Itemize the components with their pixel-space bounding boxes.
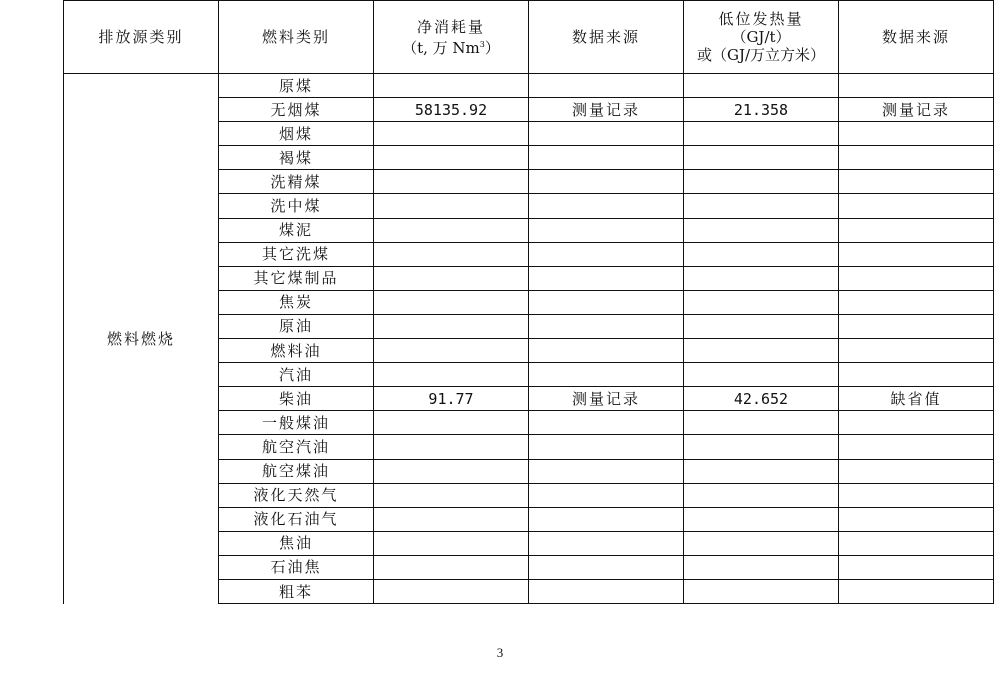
data-source-2-cell — [839, 74, 994, 98]
data-source-1-cell — [529, 314, 684, 338]
net-consumption-cell — [374, 122, 529, 146]
data-source-2-cell — [839, 363, 994, 387]
table-body: 燃料燃烧原煤无烟煤58135.92测量记录21.358测量记录烟煤褐煤洗精煤洗中… — [64, 74, 994, 604]
data-source-2-cell — [839, 507, 994, 531]
data-source-1-cell — [529, 411, 684, 435]
fuel-type-cell: 焦油 — [219, 531, 374, 555]
net-consumption-cell — [374, 435, 529, 459]
data-source-1-cell — [529, 74, 684, 98]
header-net-consumption: 净消耗量 （t, 万 Nm3） — [374, 1, 529, 74]
data-source-2-cell — [839, 314, 994, 338]
net-consumption-cell — [374, 170, 529, 194]
ncv-cell — [684, 339, 839, 363]
net-consumption-cell — [374, 266, 529, 290]
data-source-1-cell — [529, 579, 684, 603]
data-source-2-cell: 测量记录 — [839, 98, 994, 122]
ncv-cell: 21.358 — [684, 98, 839, 122]
header-net-consumption-title: 净消耗量 — [374, 18, 528, 36]
data-source-1-cell — [529, 483, 684, 507]
net-consumption-cell — [374, 483, 529, 507]
fuel-type-cell: 汽油 — [219, 363, 374, 387]
ncv-cell — [684, 74, 839, 98]
header-source-category: 排放源类别 — [64, 1, 219, 74]
ncv-cell — [684, 122, 839, 146]
header-ncv-unit1: （GJ/t） — [684, 28, 838, 46]
fuel-type-cell: 燃料油 — [219, 339, 374, 363]
fuel-type-cell: 洗精煤 — [219, 170, 374, 194]
data-source-1-cell: 测量记录 — [529, 98, 684, 122]
net-consumption-cell — [374, 459, 529, 483]
ncv-cell — [684, 314, 839, 338]
header-ncv-title: 低位发热量 — [684, 10, 838, 28]
data-source-2-cell — [839, 339, 994, 363]
ncv-cell — [684, 531, 839, 555]
net-consumption-cell — [374, 531, 529, 555]
data-source-1-cell — [529, 507, 684, 531]
net-consumption-cell: 58135.92 — [374, 98, 529, 122]
fuel-type-cell: 原煤 — [219, 74, 374, 98]
net-consumption-cell — [374, 194, 529, 218]
net-consumption-cell — [374, 242, 529, 266]
fuel-type-cell: 洗中煤 — [219, 194, 374, 218]
fuel-type-cell: 烟煤 — [219, 122, 374, 146]
data-source-2-cell — [839, 555, 994, 579]
net-consumption-cell — [374, 218, 529, 242]
net-consumption-cell — [374, 579, 529, 603]
data-source-1-cell: 测量记录 — [529, 387, 684, 411]
fuel-type-cell: 粗苯 — [219, 579, 374, 603]
data-source-2-cell — [839, 122, 994, 146]
header-fuel-type: 燃料类别 — [219, 1, 374, 74]
data-source-1-cell — [529, 170, 684, 194]
data-source-1-cell — [529, 146, 684, 170]
fuel-type-cell: 航空煤油 — [219, 459, 374, 483]
ncv-cell — [684, 411, 839, 435]
fuel-type-cell: 焦炭 — [219, 290, 374, 314]
data-source-2-cell — [839, 411, 994, 435]
ncv-cell: 42.652 — [684, 387, 839, 411]
data-source-2-cell: 缺省值 — [839, 387, 994, 411]
data-source-2-cell — [839, 531, 994, 555]
fuel-type-cell: 液化天然气 — [219, 483, 374, 507]
data-source-1-cell — [529, 242, 684, 266]
ncv-cell — [684, 146, 839, 170]
data-source-1-cell — [529, 194, 684, 218]
fuel-type-cell: 航空汽油 — [219, 435, 374, 459]
data-source-2-cell — [839, 435, 994, 459]
data-source-2-cell — [839, 266, 994, 290]
fuel-type-cell: 石油焦 — [219, 555, 374, 579]
page-number: 3 — [0, 645, 1000, 661]
header-row: 排放源类别 燃料类别 净消耗量 （t, 万 Nm3） 数据来源 低位发热量 （G… — [64, 1, 994, 74]
ncv-cell — [684, 435, 839, 459]
ncv-cell — [684, 579, 839, 603]
header-ncv: 低位发热量 （GJ/t） 或（GJ/万立方米） — [684, 1, 839, 74]
net-consumption-cell — [374, 363, 529, 387]
net-consumption-cell — [374, 290, 529, 314]
fuel-combustion-table: 排放源类别 燃料类别 净消耗量 （t, 万 Nm3） 数据来源 低位发热量 （G… — [63, 0, 994, 604]
fuel-type-cell: 原油 — [219, 314, 374, 338]
ncv-cell — [684, 290, 839, 314]
data-source-1-cell — [529, 122, 684, 146]
ncv-cell — [684, 266, 839, 290]
data-source-2-cell — [839, 290, 994, 314]
ncv-cell — [684, 363, 839, 387]
fuel-type-cell: 褐煤 — [219, 146, 374, 170]
fuel-type-cell: 煤泥 — [219, 218, 374, 242]
header-net-consumption-unit: （t, 万 Nm3） — [374, 36, 528, 57]
net-consumption-cell — [374, 507, 529, 531]
data-source-2-cell — [839, 459, 994, 483]
data-source-1-cell — [529, 555, 684, 579]
net-consumption-cell: 91.77 — [374, 387, 529, 411]
data-source-1-cell — [529, 339, 684, 363]
net-consumption-cell — [374, 146, 529, 170]
fuel-type-cell: 液化石油气 — [219, 507, 374, 531]
ncv-cell — [684, 555, 839, 579]
net-consumption-cell — [374, 339, 529, 363]
data-source-2-cell — [839, 242, 994, 266]
data-source-2-cell — [839, 579, 994, 603]
data-source-1-cell — [529, 363, 684, 387]
header-data-source-2: 数据来源 — [839, 1, 994, 74]
source-category-cell: 燃料燃烧 — [64, 74, 219, 604]
fuel-type-cell: 其它洗煤 — [219, 242, 374, 266]
net-consumption-cell — [374, 411, 529, 435]
fuel-type-cell: 无烟煤 — [219, 98, 374, 122]
data-source-2-cell — [839, 170, 994, 194]
data-source-1-cell — [529, 218, 684, 242]
data-source-2-cell — [839, 483, 994, 507]
table-row: 燃料燃烧原煤 — [64, 74, 994, 98]
fuel-type-cell: 其它煤制品 — [219, 266, 374, 290]
ncv-cell — [684, 507, 839, 531]
net-consumption-cell — [374, 555, 529, 579]
ncv-cell — [684, 242, 839, 266]
data-source-1-cell — [529, 531, 684, 555]
data-source-1-cell — [529, 290, 684, 314]
fuel-type-cell: 一般煤油 — [219, 411, 374, 435]
net-consumption-cell — [374, 74, 529, 98]
fuel-type-cell: 柴油 — [219, 387, 374, 411]
data-source-1-cell — [529, 266, 684, 290]
ncv-cell — [684, 194, 839, 218]
ncv-cell — [684, 218, 839, 242]
ncv-cell — [684, 483, 839, 507]
data-source-2-cell — [839, 146, 994, 170]
data-source-1-cell — [529, 459, 684, 483]
header-ncv-unit2: 或（GJ/万立方米） — [684, 46, 838, 64]
data-source-2-cell — [839, 218, 994, 242]
header-data-source-1: 数据来源 — [529, 1, 684, 74]
data-source-1-cell — [529, 435, 684, 459]
data-source-2-cell — [839, 194, 994, 218]
ncv-cell — [684, 459, 839, 483]
net-consumption-cell — [374, 314, 529, 338]
ncv-cell — [684, 170, 839, 194]
